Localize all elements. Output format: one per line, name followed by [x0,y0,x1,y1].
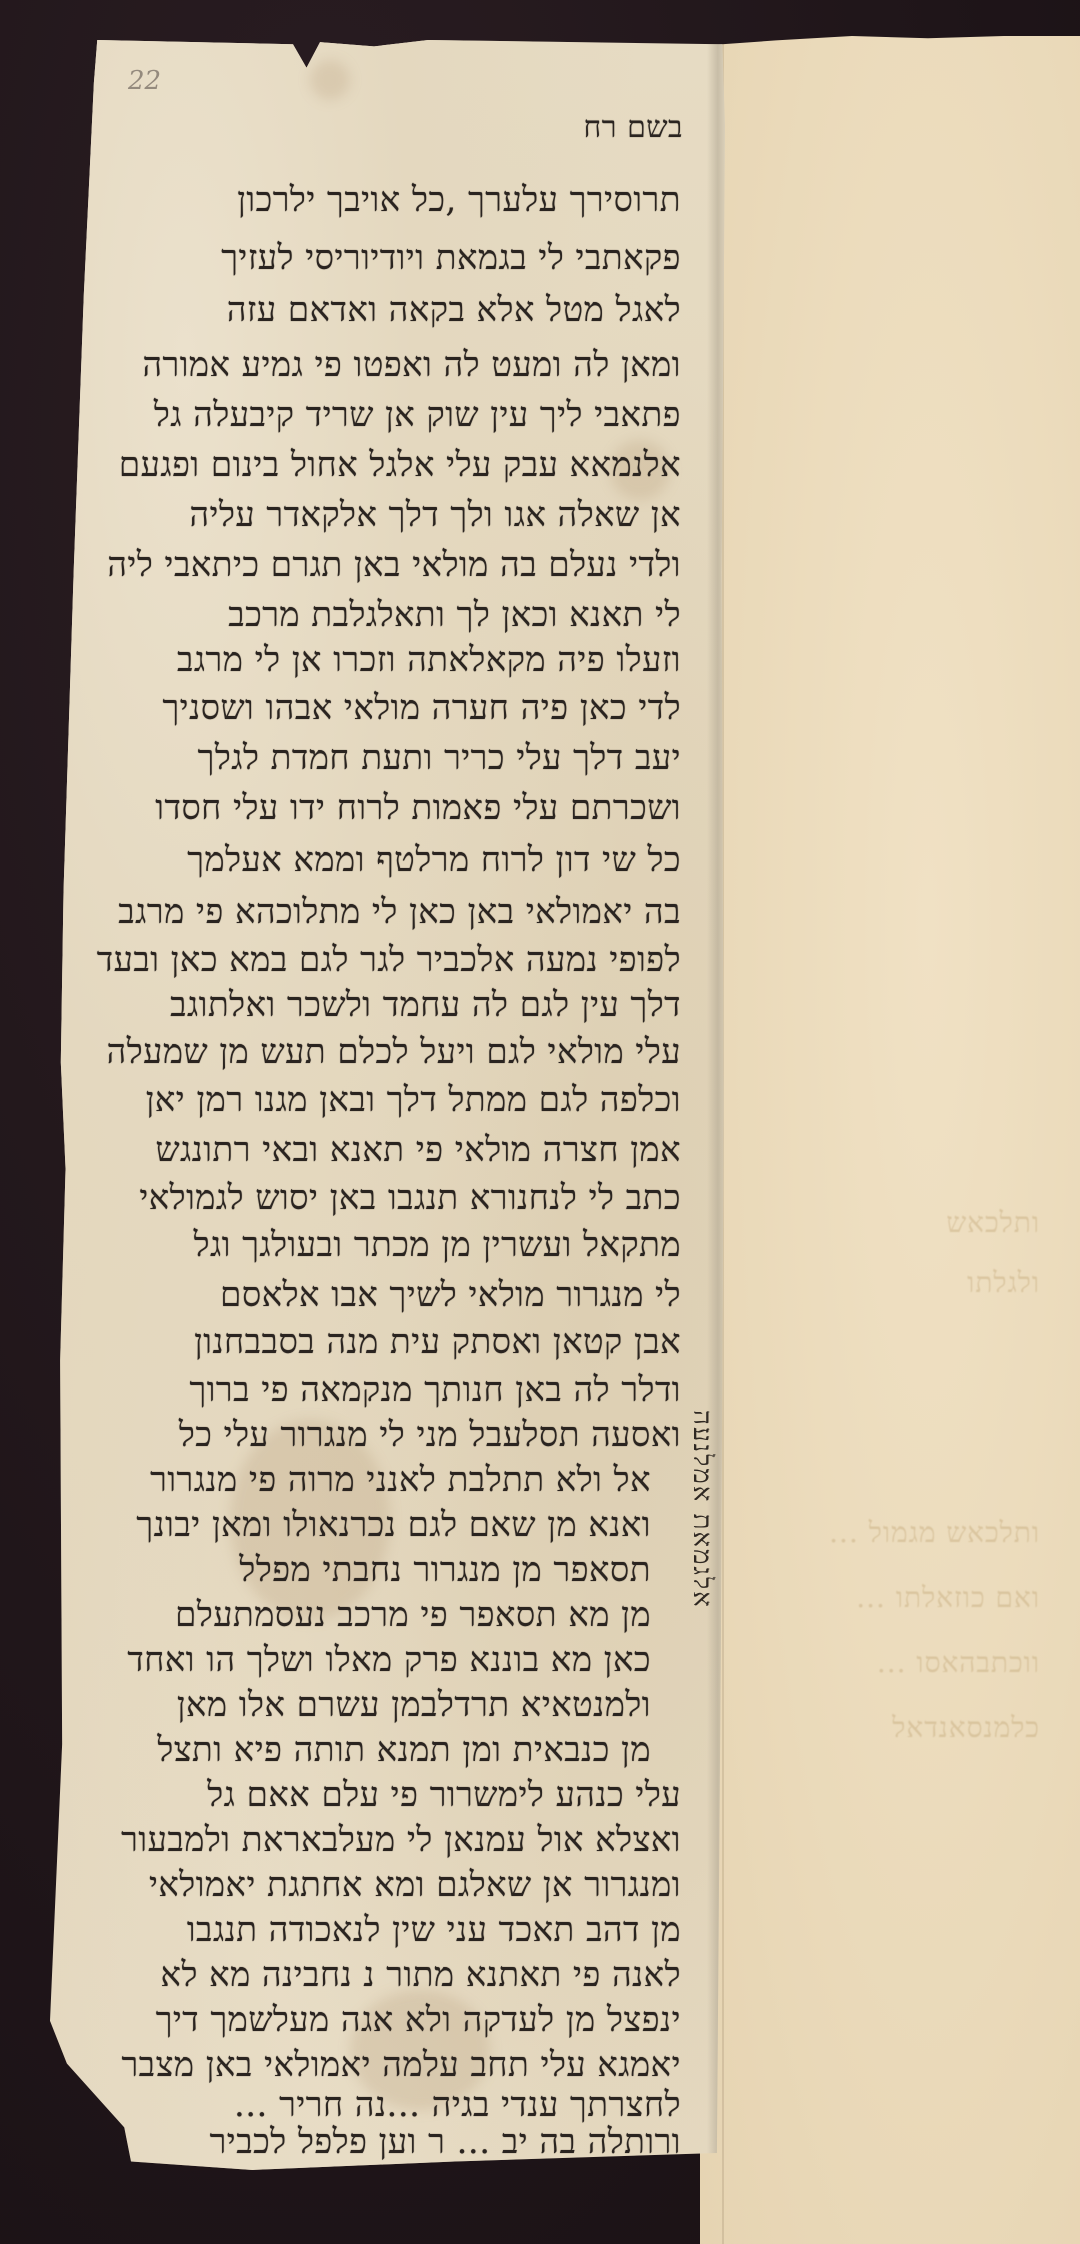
text-line: יעב דלך עלי כריר ותעת חמדת לגלך [198,738,681,778]
text-line: ולדי נעלם בה מולאי באן תגרם כיתאבי ליה [107,545,681,585]
manuscript-fragment: 22 בשם רח תרוסירך עלערך ,כל אויבך ילרכון… [50,40,725,2170]
text-line: תסאפר מן מנגרור נחבתי מפלל [239,1550,651,1590]
offset-text-line: ואם כוזאלתו ... [856,1581,1040,1615]
text-line: אן שאלה אגו ולך דלך אלקאדר עליה [189,495,681,535]
text-line: ומנגרור אן שאלגם ומא אחתגת יאמולאי [149,1865,681,1905]
text-line: אל ולא תתלבת לאנני מרוה פי מנגרור [150,1460,651,1500]
text-line: אבן קטאן ואסתק עית מנה בסבבחנון [194,1322,681,1362]
text-line: מן כנבאית ומן תמנא תותה פיא ותצל [157,1730,651,1770]
text-line: אלנמאא עבק עלי אלגל אחול בינום ופגעם [119,445,681,485]
text-line: פקאתבי לי בגמאת ויודיוריסי לעזיך [221,238,681,278]
text-line: לפופי נמעה אלכביר לגר לגם במא כאן ובעד [97,940,681,980]
manuscript-viewer: ותלכאש ולגלתו ותלכאש מגמול ... ואם כוזאל… [0,0,1080,2244]
text-line: לי תאנא וכאן לך ותאלגלבת מרכב [228,595,681,635]
text-line: ודלר לה באן חנותך מנקמאה פי ברוך [190,1370,681,1410]
text-line: ואסעה תסלעבל מני לי מנגרור עלי כל [179,1415,681,1455]
offset-text-line: ולגלתו [967,1266,1040,1300]
offset-text-line: כלמנסאנדאל [892,1711,1040,1745]
text-line: ואנא מן שאם לגם נכרנאולו ומאן יבונך [136,1505,651,1545]
text-line: בה יאמולאי באן כאן לי מתלוכהא פי מרגב [118,892,681,932]
text-line: לי מנגרור מולאי לשיך אבו אלאסם [220,1275,681,1315]
text-line: ולמנטאיא תרדלבמן עשרם אלו מאן [177,1685,651,1725]
text-line: אמן חצרה מולאי פי תאנא ובאי רתונגש [155,1130,681,1170]
text-line: פתאבי ליך עין שוק אן שריד קיבעלה גל [154,395,681,435]
text-line: יאמגא עלי תחב עלמה יאמולאי באן מצבר [121,2045,681,2085]
text-line: תרוסירך עלערך ,כל אויבך ילרכון [237,180,681,220]
text-line: ואצלא אול עמנאן לי מעלבאראת ולמבעור [121,1820,681,1860]
text-line: ורותלה בה יב ... ר וען פלפל לכביר [210,2122,681,2162]
text-line: לחצרתך ענדי בגיה ...נה חריר ... [234,2085,681,2125]
mount-page: ותלכאש ולגלתו ותלכאש מגמול ... ואם כוזאל… [700,36,1080,2244]
text-line: עלי כנהע לימשרור פי עלם אאם גל [207,1775,681,1815]
offset-text-line: ווכתבהאסו ... [877,1646,1040,1680]
text-line: ומאן לה ומעט לה ואפטו פי גמיע אמורה [142,345,681,385]
margin-note: אלגמאת אמלנעה [687,1410,717,1609]
text-line: מן מא תסאפר פי מרכב נעסמתעלם [175,1595,651,1635]
text-line: וכלפה לגם ממתל דלך ובאן מגנו רמן יאן [146,1080,681,1120]
text-line: כתב לי לנחנורא תנגבו באן יסוש לגמולאי [139,1178,681,1218]
header-line: בשם רח [584,110,683,145]
text-line: כאן מא בוננא פרק מאלו ושלך הו ואחד [127,1640,651,1680]
text-line: מתקאל ועשרין מן מכתר ובעולגך וגל [194,1225,681,1265]
folio-number: 22 [128,66,161,96]
text-line: ושכרתם עלי פאמות לרוח ידו עלי חסדו [155,788,681,828]
text-line: לאגל מטל אלא בקאה ואדאם עזה [227,290,681,330]
text-line: מן דהב תאכד עני שין לנאכודה תנגבו [187,1910,681,1950]
text-line: ינפצל מן לעדקה ולא אגה מעלשמך דיך [156,2000,681,2040]
offset-text-line: ותלכאש [946,1206,1040,1240]
text-line: עלי מולאי לגם ויעל לכלם תעש מן שמעלה [107,1032,681,1072]
stain [310,60,350,100]
text-line: לאנה פי תאתנא מתור נ נחבינה מא לא [161,1955,681,1995]
offset-text-line: ותלכאש מגמול ... [829,1516,1040,1550]
text-line: דלך עין לגם לה עחמד ולשכר ואלתוגב [170,985,681,1025]
text-line: כל שי דון לרוח מרלטף וממא אעלמך [187,840,681,880]
text-line: לדי כאן פיה חערה מולאי אבהו ושסניך [162,688,681,728]
text-line: וזעלו פיה מקאלאתה וזכרו אן לי מרגב [177,640,681,680]
